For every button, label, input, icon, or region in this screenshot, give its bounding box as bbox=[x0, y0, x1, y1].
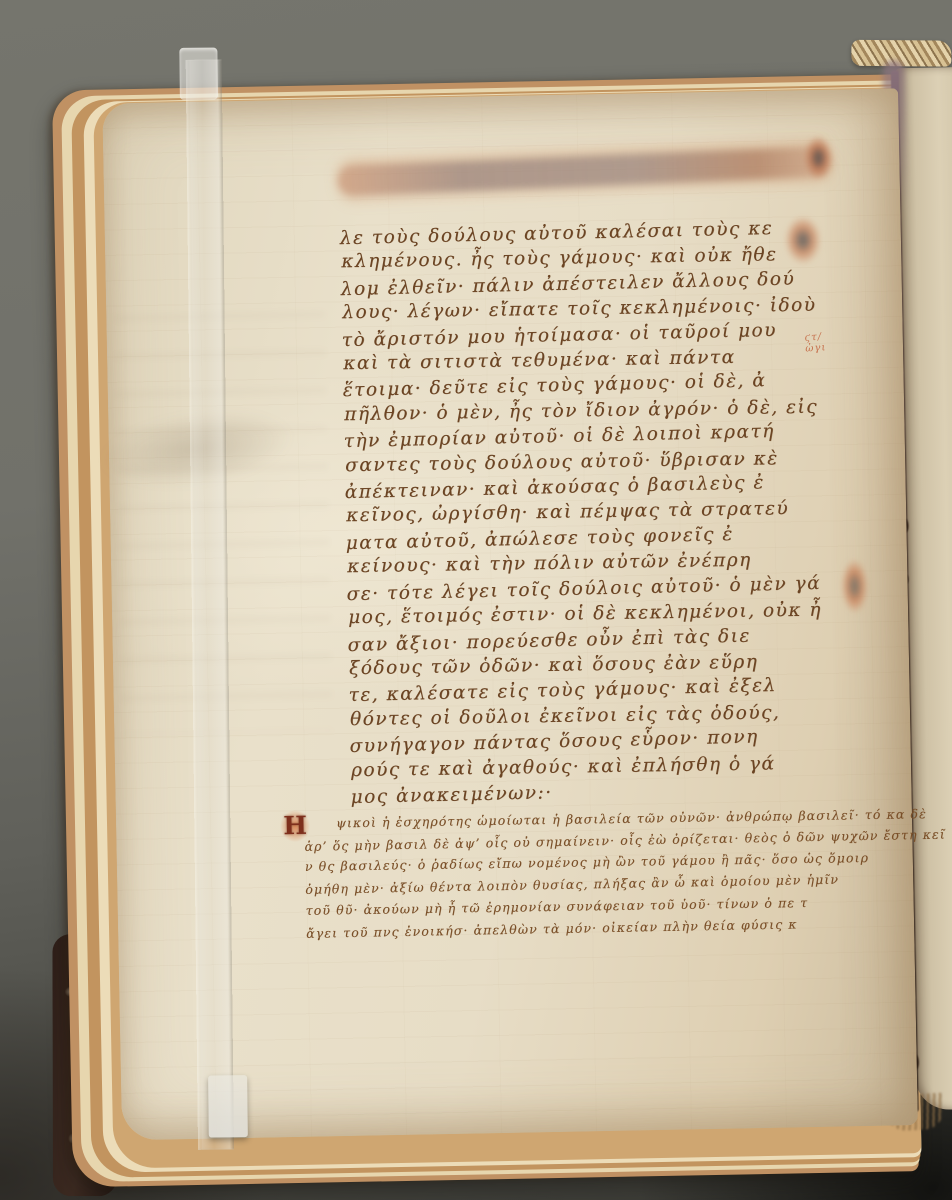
book-strap-bottom-end bbox=[208, 1075, 248, 1137]
commentary-block: ψικοὶ ἡ ἐσχηρότης ὡμοίωται ἡ βασιλεία τῶ… bbox=[304, 803, 866, 944]
main-text-block: λε τοὺς δούλους αὐτοῦ καλέσαι τοὺς κεκλη… bbox=[340, 215, 851, 809]
manuscript-book: λε τοὺς δούλους αὐτοῦ καλέσαι τοὺς κεκλη… bbox=[39, 49, 952, 1171]
photo-backdrop: λε τοὺς δούλους αὐτοῦ καλέσαι τοὺς κεκλη… bbox=[0, 0, 952, 1200]
book-strap-top-end bbox=[179, 48, 218, 100]
margin-note-line: ὠγι bbox=[805, 342, 827, 354]
margin-note: ϛτ∕ὠγι bbox=[804, 331, 827, 354]
rust-stain bbox=[804, 136, 833, 181]
